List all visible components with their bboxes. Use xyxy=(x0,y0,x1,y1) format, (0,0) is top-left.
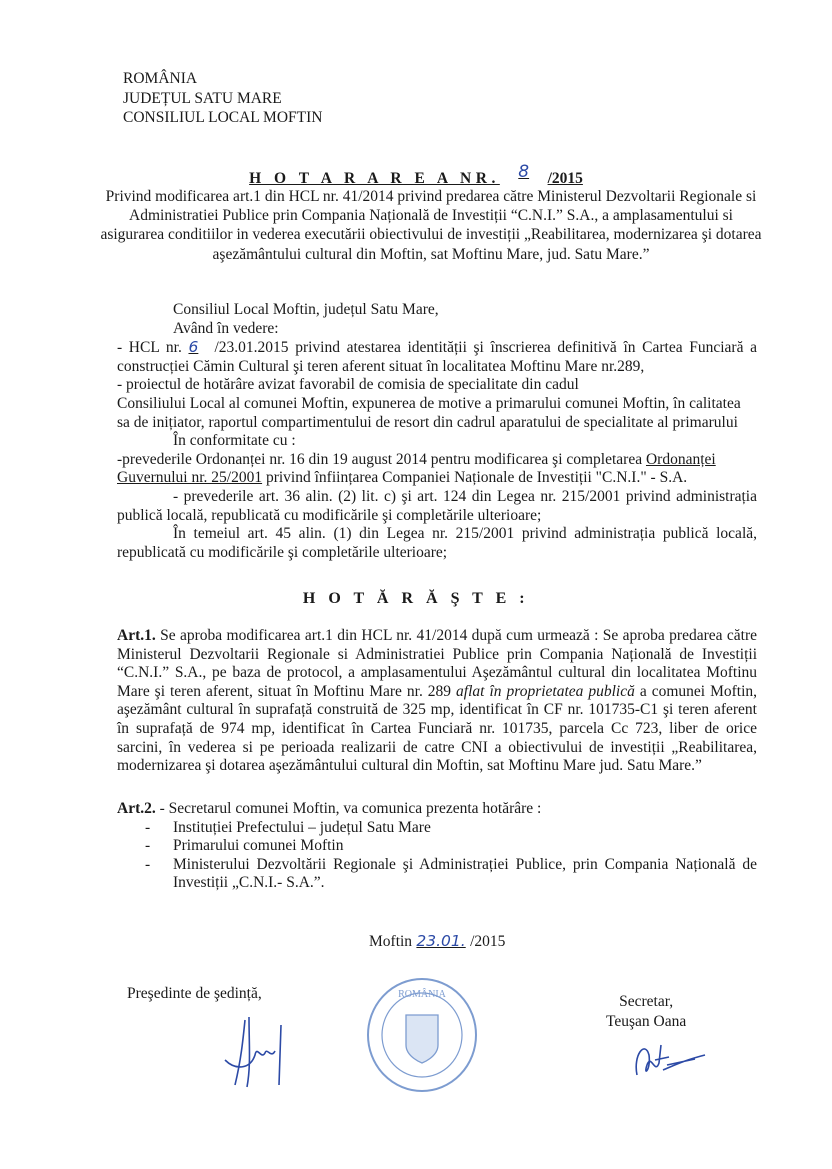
title-label: H O T A R A R E A NR. xyxy=(249,170,500,187)
ordinance-text: -prevederile Ordonanței nr. 16 din 19 au… xyxy=(117,451,646,468)
recipient-item: -Instituției Prefectului – județul Satu … xyxy=(117,819,757,838)
recipient-text: Instituției Prefectului – județul Satu M… xyxy=(173,819,431,836)
council-statement: Consiliul Local Moftin, județul Satu Mar… xyxy=(117,301,757,320)
recipient-text: Ministerului Dezvoltării Regionale şi Ad… xyxy=(173,856,757,892)
ordinance-text-end: privind înființarea Companiei Naționale … xyxy=(262,469,687,486)
document-page: ROMÂNIA JUDEȚUL SATU MARE CONSILIUL LOCA… xyxy=(0,0,832,1169)
issuer-header: ROMÂNIA JUDEȚUL SATU MARE CONSILIUL LOCA… xyxy=(123,69,322,128)
official-stamp: ROMÂNIA xyxy=(362,975,482,1095)
preamble-item-ordinance: -prevederile Ordonanței nr. 16 din 19 au… xyxy=(117,451,757,488)
date-place: Moftin xyxy=(369,933,412,950)
secretary-name: Teuşan Oana xyxy=(606,1012,686,1032)
title-year: /2015 xyxy=(548,170,583,187)
preamble-item-project-cont: Consiliului Local al comunei Moftin, exp… xyxy=(117,395,757,432)
preamble: Consiliul Local Moftin, județul Satu Mar… xyxy=(117,301,757,562)
recipient-item: -Ministerului Dezvoltării Regionale şi A… xyxy=(117,856,757,893)
decision-title: H O T A R A R E A NR. 8 /2015 xyxy=(0,168,832,188)
recipients-list: -Instituției Prefectului – județul Satu … xyxy=(117,819,757,893)
preamble-item-project: - proiectul de hotărâre avizat favorabil… xyxy=(117,376,757,395)
stamp-top-text: ROMÂNIA xyxy=(398,988,447,1000)
decides-heading: H O T Ă R Ă Ş T E : xyxy=(0,590,832,608)
article-2-text: - Secretarul comunei Moftin, va comunica… xyxy=(156,800,542,817)
article-1-label: Art.1. xyxy=(117,627,156,644)
article-1: Art.1. Se aproba modificarea art.1 din H… xyxy=(117,627,757,776)
president-signature xyxy=(205,1015,295,1090)
article-2-label: Art.2. xyxy=(117,800,156,817)
president-label: Preşedinte de şedință, xyxy=(127,985,262,1003)
secretary-block: Secretar, Teuşan Oana xyxy=(606,992,686,1032)
article-2: Art.2. - Secretarul comunei Moftin, va c… xyxy=(117,800,757,893)
in-accordance: În conformitate cu : xyxy=(117,432,757,451)
article-1-italic: aflat în proprietatea publică xyxy=(456,683,635,700)
decision-subject: Privind modificarea art.1 din HCL nr. 41… xyxy=(96,187,766,264)
having-regard: Având în vedere: xyxy=(117,320,757,339)
country-line: ROMÂNIA xyxy=(123,69,322,89)
handwritten-number: 8 xyxy=(504,162,544,182)
recipient-text: Primarului comunei Moftin xyxy=(173,837,343,854)
preamble-item-law: - prevederile art. 36 alin. (2) lit. c) … xyxy=(117,488,757,525)
date-line: Moftin23.01./2015 xyxy=(369,932,505,951)
council-line: CONSILIUL LOCAL MOFTIN xyxy=(123,108,322,128)
preamble-item-hcl: - HCL nr. 6/23.01.2015 privind atestarea… xyxy=(117,338,757,376)
handwritten-date: 23.01. xyxy=(412,932,470,950)
preamble-item-basis: În temeiul art. 45 alin. (1) din Legea n… xyxy=(117,525,757,562)
county-line: JUDEȚUL SATU MARE xyxy=(123,89,322,109)
secretary-signature xyxy=(625,1035,715,1085)
recipient-item: -Primarului comunei Moftin xyxy=(117,837,757,856)
secretary-label: Secretar, xyxy=(606,992,686,1012)
date-year: /2015 xyxy=(470,933,505,950)
handwritten-hcl-number: 6 xyxy=(188,338,214,357)
hcl-prefix: - HCL nr. xyxy=(117,339,182,356)
